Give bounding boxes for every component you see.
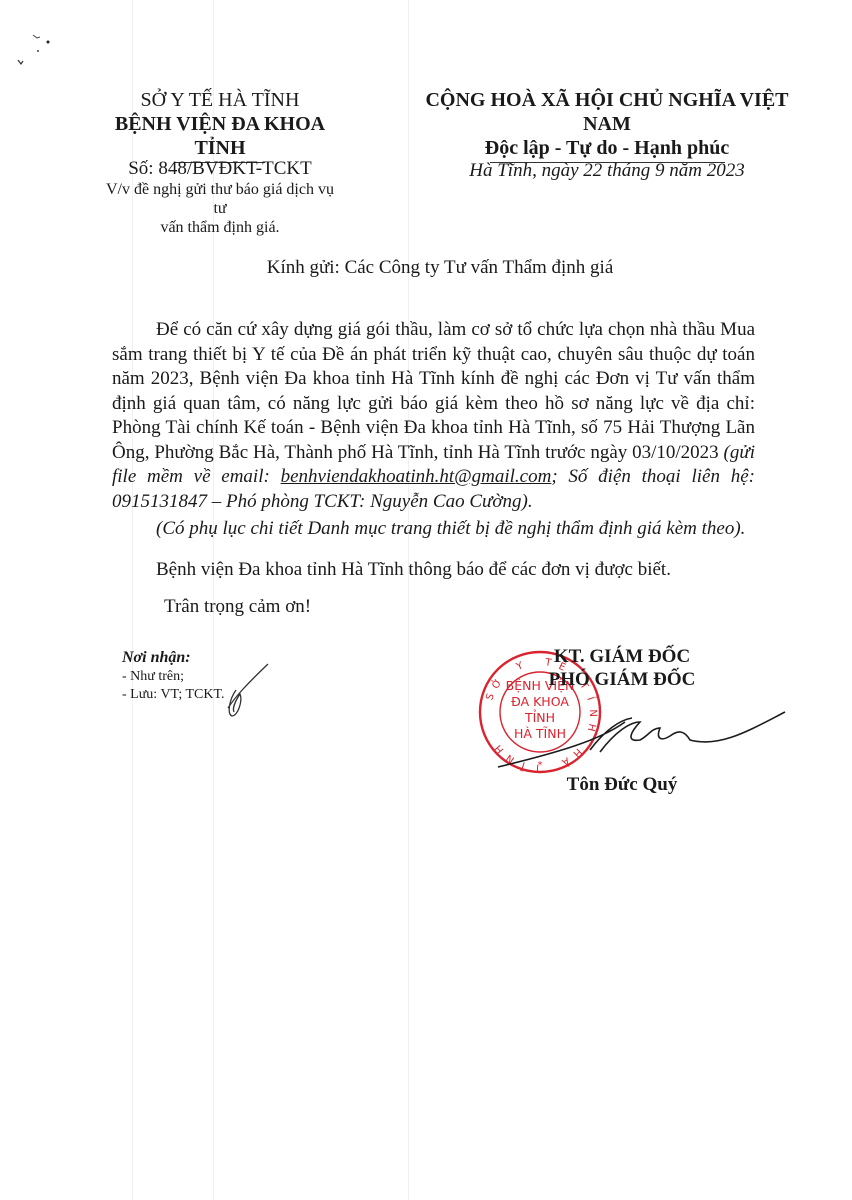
signer-name: Tôn Đức Quý	[522, 774, 722, 796]
handwritten-signature	[0, 0, 852, 1200]
